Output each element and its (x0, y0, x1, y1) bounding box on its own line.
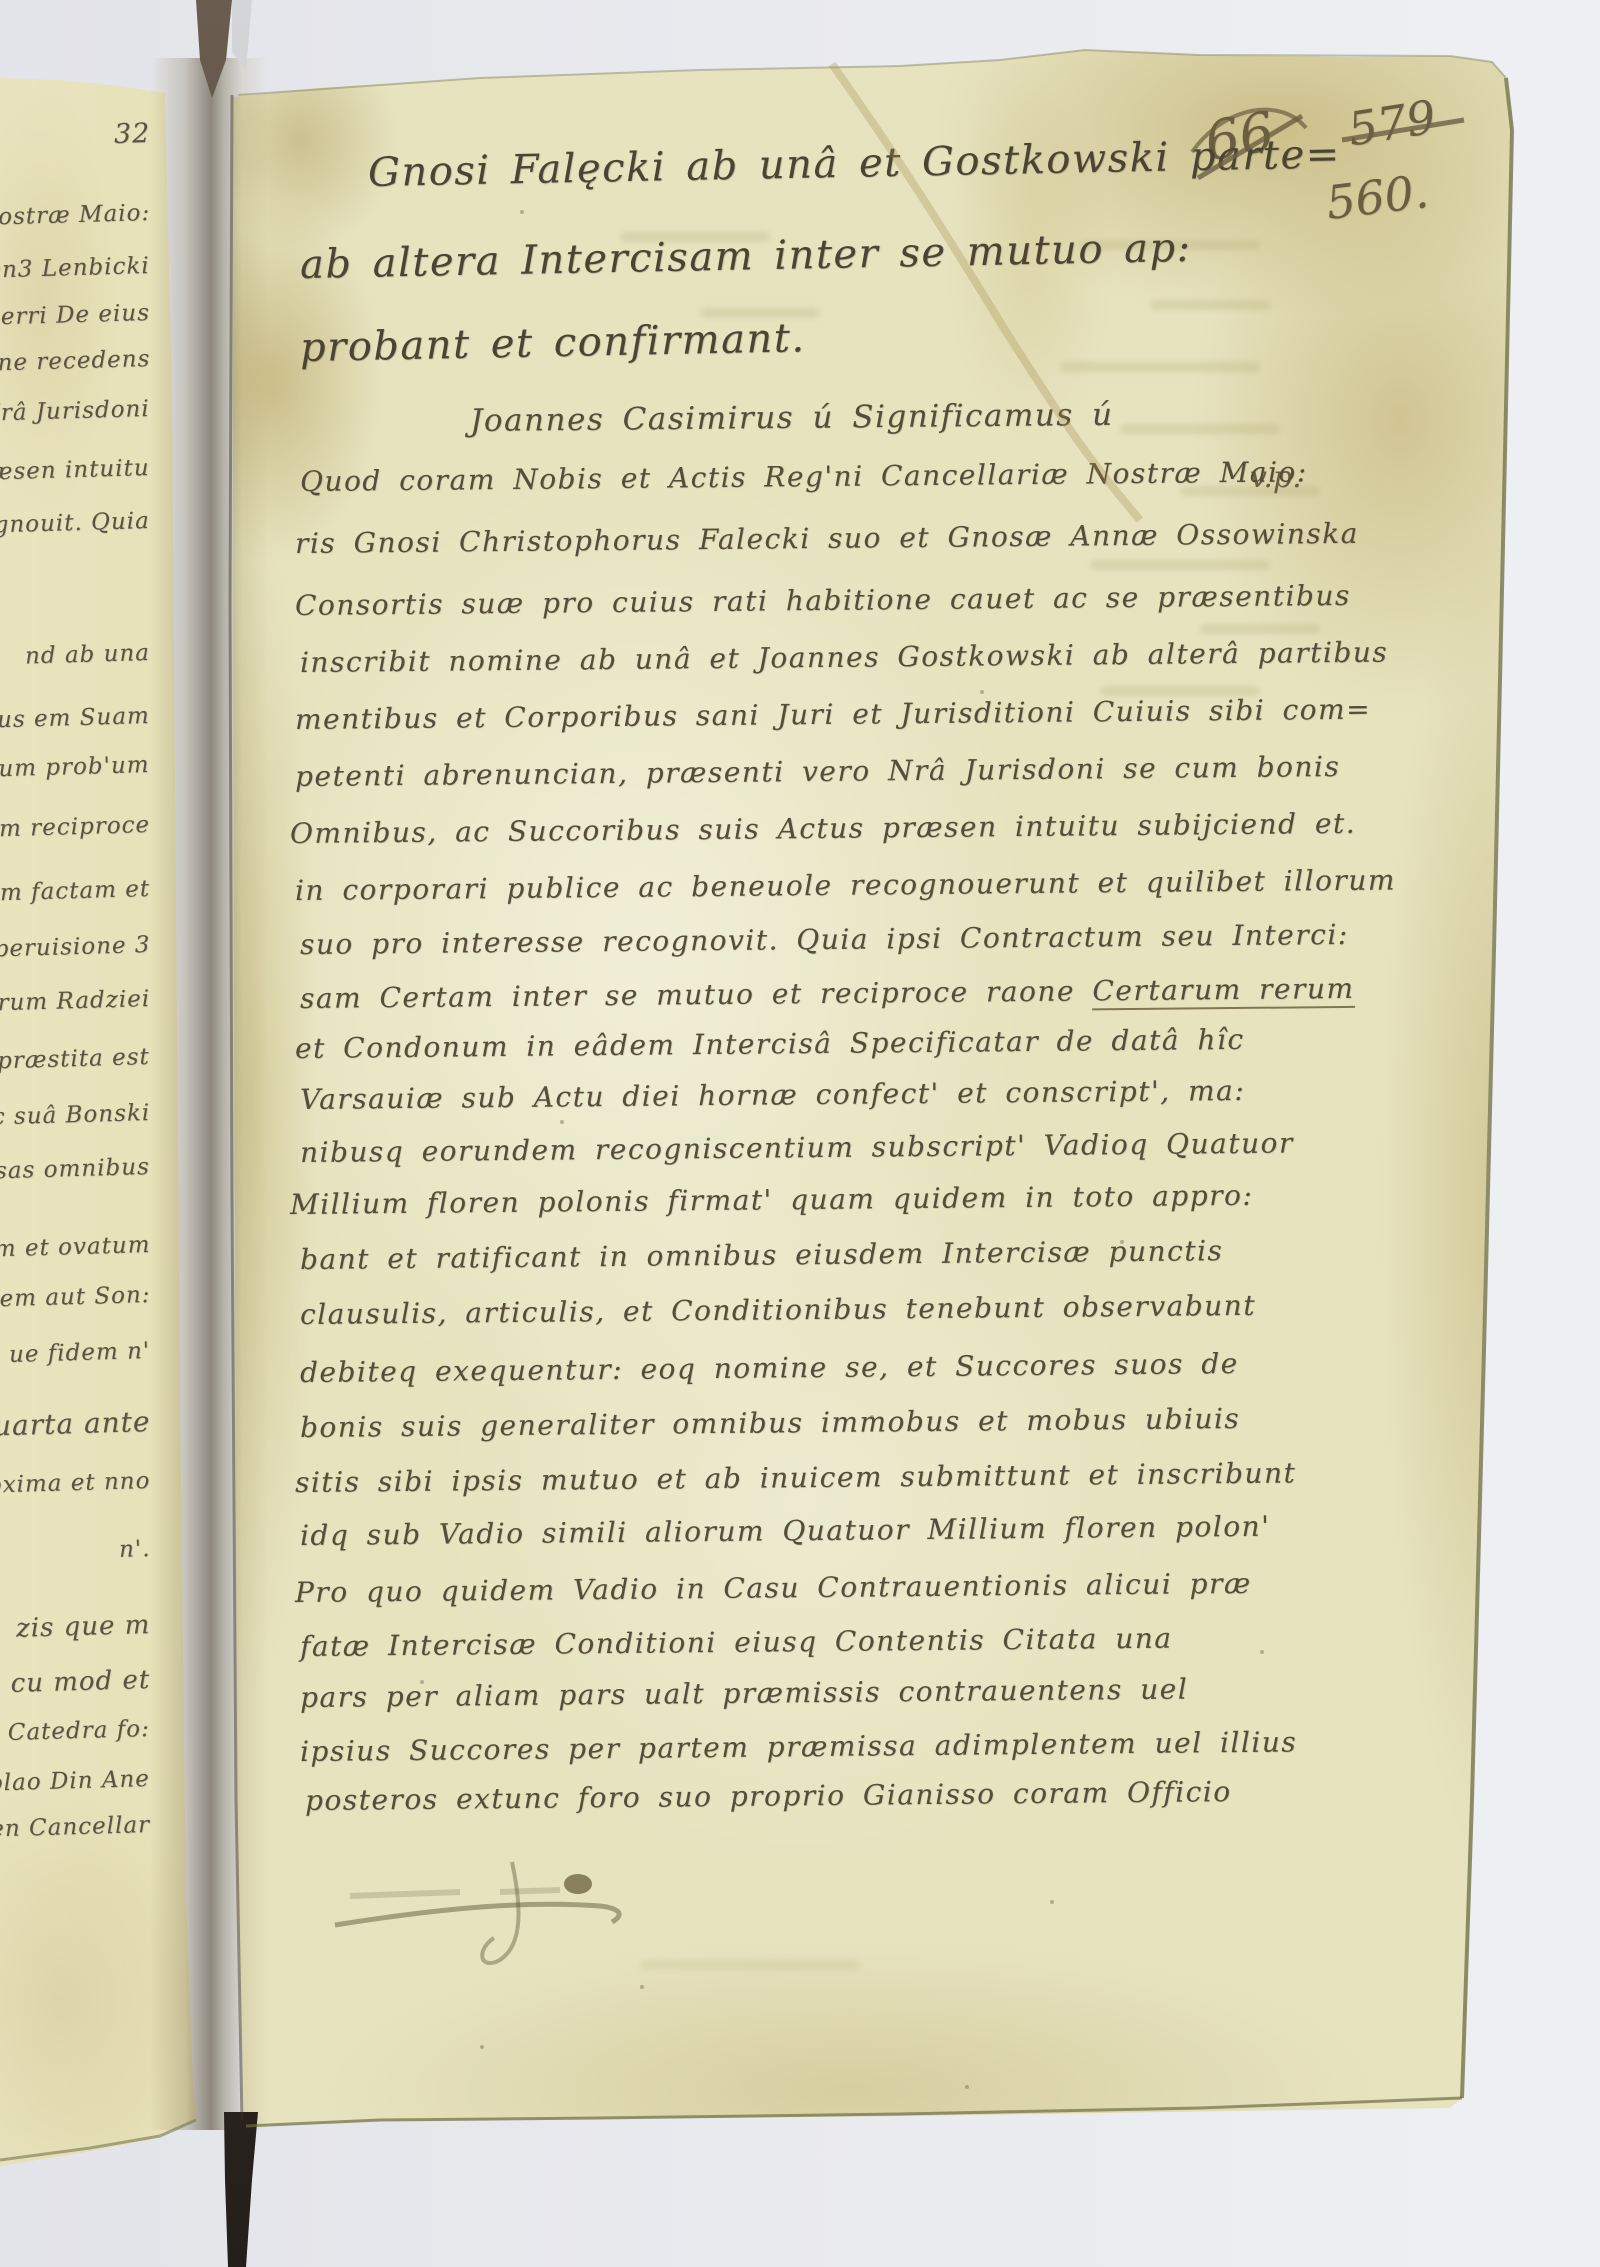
body-line: posteros extunc foro suo proprio Gianiss… (305, 1775, 1232, 1817)
heading-line: Gnosi Falęcki ab unâ et Gostkowski parte… (368, 131, 1342, 196)
left-page-text-line: âc suâ Bonski (0, 1100, 150, 1131)
body-line: Omnibus, ac Succoribus suis Actus præsen… (290, 807, 1356, 850)
left-page-text-line: n'. (118, 1536, 150, 1563)
body-line: ris Gnosi Christophorus Falecki suo et G… (295, 517, 1359, 560)
body-line: inscribit nomine ab unâ et Joannes Gostk… (300, 636, 1389, 679)
body-line: clausulis, articulis, et Conditionibus t… (300, 1289, 1256, 1331)
body-line: mentibus et Corporibus sani Juri et Juri… (295, 693, 1371, 736)
left-page-text-line: ad Catedra fo: (0, 1716, 150, 1747)
left-page-text-line: um Bonorum prob'um (0, 752, 150, 786)
left-page-text-line: præstita est (0, 1044, 150, 1074)
body-line: sitis sibi ipsis mutuo et ab inuicem sub… (295, 1456, 1297, 1499)
left-page-text-line: et Petrum Radziei (0, 986, 150, 1018)
body-line: bonis suis generaliter omnibus immobus e… (300, 1402, 1241, 1444)
body-line: bant et ratificant in omnibus eiusdem In… (300, 1234, 1224, 1276)
left-page-text-line: le recognouit. Quia (0, 508, 150, 541)
left-page-text-line: 3 ue fidem n' (0, 1338, 150, 1369)
left-page-text-line: Quarta ante (0, 1405, 150, 1443)
body-line: sam Certam inter se mutuo et reciproce r… (300, 972, 1355, 1015)
folio-number-struck-579: 579 (1344, 89, 1439, 156)
heading-line: ab altera Intercisam inter se mutuo ap: (300, 225, 1192, 288)
left-page-text-line: Seren3 Lenbicki (0, 253, 150, 285)
left-page-text-line: arie Nostræ Maio: (0, 200, 150, 232)
left-page-text-line: ratum et ovatum (0, 1232, 150, 1264)
body-line: nibusq eorundem recogniscentium subscrip… (300, 1126, 1294, 1169)
left-page-text-line: ditione recedens (0, 346, 150, 378)
left-page-text-line: ctus præsen intuitu (0, 455, 150, 488)
left-page-text-line: quarum reciproce (0, 812, 150, 844)
left-page-text-line: R P sigen Cancellar (0, 1812, 150, 1845)
left-page-text-line: eisdem aut Son: (0, 1282, 150, 1314)
body-line: fatæ Intercisæ Conditioni eiusq Contenti… (300, 1622, 1173, 1663)
body-line: Millium floren polonis firmat' quam quid… (290, 1179, 1254, 1221)
body-line: pars per aliam pars ualt præmissis contr… (300, 1672, 1189, 1714)
left-page-text-line: 32 (113, 118, 150, 150)
manuscript-scan: 66 579 560. Gnosi Falęcki ab unâ et Gost… (0, 0, 1600, 2267)
body-line: petenti abrenuncian, præsenti vero Nrâ J… (295, 750, 1341, 793)
left-page-text-line: Jure Serri De eius (0, 300, 150, 332)
body-line-text: sam Certam inter se mutuo et reciproce r… (300, 974, 1093, 1015)
left-page-text-line: Micolao Din Ane (0, 1766, 150, 1798)
heading-line: probant et confirmant. (300, 315, 806, 371)
left-page-text-line: uero Nrâ Jurisdoni (0, 396, 150, 429)
left-page-text-line: onius em Suam (0, 703, 150, 734)
left-page-text-line: nd cu mod et (0, 1665, 150, 1700)
left-page-text-line: zis que m (15, 1610, 150, 1644)
left-page-text-line: proxima et nno (0, 1468, 150, 1499)
body-line: in corporari publice ac beneuole recogno… (295, 863, 1396, 907)
body-line: suo pro interesse recognovit. Quia ipsi … (300, 918, 1349, 961)
body-line: Varsauiæ sub Actu diei hornæ confect' et… (300, 1074, 1245, 1116)
left-page-text-line: Rem factam et (0, 876, 150, 907)
left-page-text-line: sas omnibus (0, 1154, 150, 1184)
body-line: Joannes Casimirus ú Significamus ú (470, 397, 1114, 439)
body-line: debiteq exequentur: eoq nomine se, et Su… (300, 1347, 1239, 1389)
body-line: idq sub Vadio simili aliorum Quatuor Mil… (300, 1510, 1271, 1552)
body-line: ipsius Succores per partem præmissa adim… (300, 1725, 1298, 1768)
left-page-text-line: abo peruisione 3 (0, 932, 150, 964)
underlined-phrase: Certarum rerum (1092, 972, 1354, 1011)
left-page-text-line: nd ab una (25, 640, 151, 669)
ink-text-layer: 66 579 560. Gnosi Falęcki ab unâ et Gost… (0, 0, 1600, 2267)
body-line: Consortis suæ pro cuius rati habitione c… (295, 579, 1351, 622)
body-line: et Condonum in eâdem Intercisâ Specifica… (295, 1023, 1245, 1065)
body-line: Quod coram Nobis et Actis Reg'ni Cancell… (300, 455, 1308, 498)
body-line: Pro quo quidem Vadio in Casu Contrauenti… (295, 1567, 1252, 1609)
